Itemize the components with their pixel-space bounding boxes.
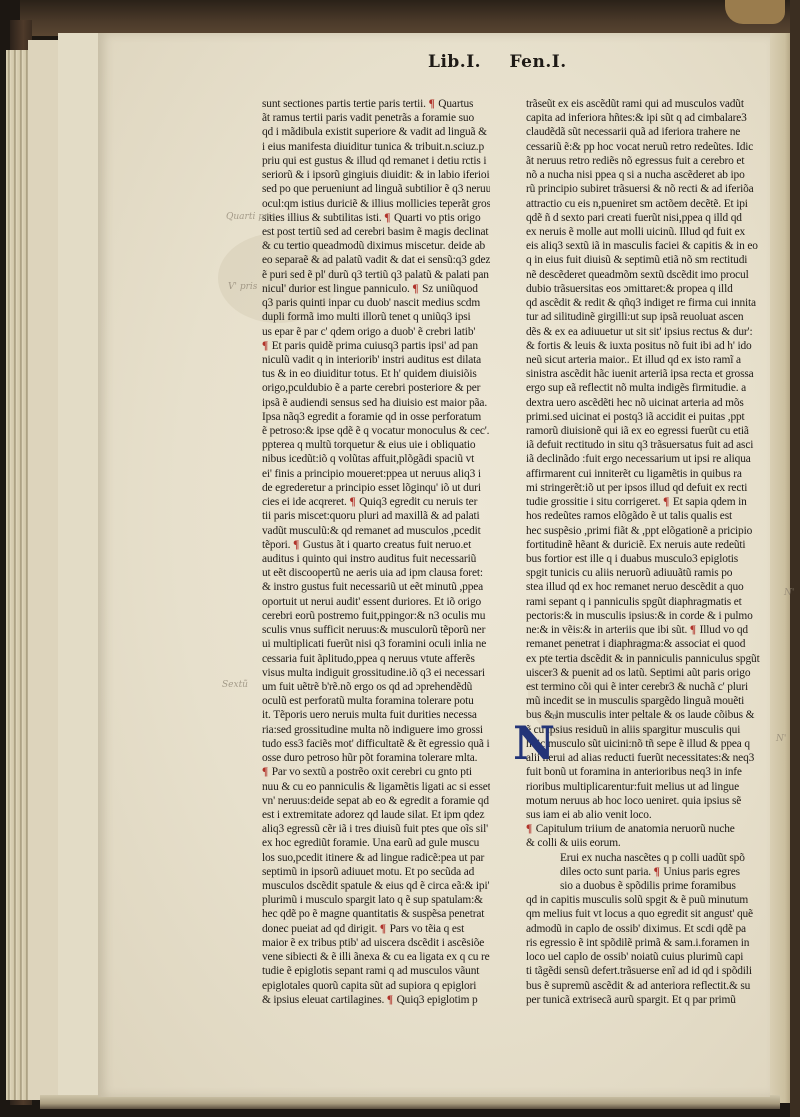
text-line: i eius manifesta diuiditur tunica & trib… bbox=[262, 140, 490, 154]
text-line: per tunicã extrisecã aurũ spargit. Et q … bbox=[526, 993, 776, 1007]
text-line: alii nerui ad alias reducti fuerũt neces… bbox=[526, 751, 776, 765]
rubric-paragraph-mark: ¶ bbox=[262, 766, 268, 778]
text-line: ei' finis a principio moueret:ppea ut ne… bbox=[262, 467, 490, 481]
text-line: sus iam ei ab alio venit loco. bbox=[526, 808, 776, 822]
text-line: qd i mãdibula existit superiore & vadit … bbox=[262, 125, 490, 139]
rubric-paragraph-mark: ¶ bbox=[690, 624, 696, 636]
text-line: seriorũ & i ipsorũ gingiuis diuidit: & i… bbox=[262, 168, 490, 182]
text-line: tur ad silitudinẽ girgilli:ut sup ipsã r… bbox=[526, 310, 776, 324]
text-line: est i extremitate adorez qd laude silat.… bbox=[262, 808, 490, 822]
text-line: & cu tertio queadmodũ diximus miscetur. … bbox=[262, 239, 490, 253]
text-line: est post tertiũ sed ad cerebri basim ẽ m… bbox=[262, 225, 490, 239]
text-line: & fortis & leuis & iuxta positus nõ fuit… bbox=[526, 339, 776, 353]
text-line: ¶ Par vo sextũ a postrẽo oxit cerebri cu… bbox=[262, 765, 490, 779]
initial-guide-letter: n bbox=[552, 712, 557, 721]
text-line: affirmarent cui inniterẽt cu ligamẽtis i… bbox=[526, 467, 776, 481]
marginal-note: N' bbox=[784, 588, 794, 598]
running-head: Lib.I. Fen.I. bbox=[428, 52, 567, 72]
text-line: tudie ẽ epiglotis sepant rami q ad muscu… bbox=[262, 964, 490, 978]
text-line: stea illud qd ex hoc remanet neruo descẽ… bbox=[526, 580, 776, 594]
running-head-fen: Fen.I. bbox=[510, 52, 567, 72]
text-line: nuu & cu eo panniculis & ligamẽtis ligat… bbox=[262, 780, 490, 794]
text-line: ut eẽt discoopertũ ne aeris uia ad ipm c… bbox=[262, 566, 490, 580]
left-text-column: sunt sectiones partis tertie paris terti… bbox=[262, 97, 490, 1007]
text-line: oportuit ut nerui audit' essent duriores… bbox=[262, 595, 490, 609]
text-line: maior ẽ ex tribus ptib' ad uiscera dscẽd… bbox=[262, 936, 490, 950]
text-line: tẽpori. ¶ Gustus ãt i quarto creatus fui… bbox=[262, 538, 490, 552]
text-line: qm melius fuit vt locus a quo egredit si… bbox=[526, 907, 776, 921]
text-line: vn' neruus:deide sepat ab eo & egredit a… bbox=[262, 794, 490, 808]
rubric-paragraph-mark: ¶ bbox=[380, 923, 386, 935]
text-line: ergo sup eã reflectit nõ multa indigẽs f… bbox=[526, 381, 776, 395]
text-line: sio a duobus ẽ spõdilis prime foramibus bbox=[526, 879, 776, 893]
text-line: cessaria fuit ãplitudo,ppea q neruus vtu… bbox=[262, 652, 490, 666]
text-line: ris egressio ẽ int spõdilẽ primã & sam.i… bbox=[526, 936, 776, 950]
text-line: sed po que perueniunt ad linguã subtilio… bbox=[262, 182, 490, 196]
marginal-note: N' bbox=[776, 734, 786, 744]
text-line: loco uel caplo de ossib' noiatũ cuius pl… bbox=[526, 950, 776, 964]
rubric-paragraph-mark: ¶ bbox=[429, 98, 435, 110]
marginal-note: Sextũ bbox=[222, 680, 248, 690]
text-line: it. Tẽporis uero neruis multa fuit durit… bbox=[262, 708, 490, 722]
text-line: bus fortior est ille q i duabus musculo3… bbox=[526, 552, 776, 566]
text-line: dubio trãsuersitas eos ɔmittaret:& prope… bbox=[526, 282, 776, 296]
text-line: capita ad inferiora hñtes:& ipi sũt q ad… bbox=[526, 111, 776, 125]
text-line: origo,pculdubio ẽ a parte cerebri poster… bbox=[262, 381, 490, 395]
text-line: tudie grossitie i situ corrigeret. ¶ Et … bbox=[526, 495, 776, 509]
text-line: cies ei ide acqreret. ¶ Quiq3 egredit cu… bbox=[262, 495, 490, 509]
leaf-margin-strip bbox=[28, 40, 60, 1100]
marginal-note: Quarti pris bbox=[226, 212, 276, 222]
text-line: ¶ Et paris quidẽ prima cuiusq3 partis ip… bbox=[262, 339, 490, 353]
text-line: los suo,pcedit itinere & ad lingue radic… bbox=[262, 851, 490, 865]
text-line: pectoris:& in musculis ipsius:& in corde… bbox=[526, 609, 776, 623]
text-line: ãt neruus retro rediẽs nõ egressus fuit … bbox=[526, 154, 776, 168]
text-line: sunt sectiones partis tertie paris terti… bbox=[262, 97, 490, 111]
text-line: donec pueiat ad qd dirigit. ¶ Pars vo tẽ… bbox=[262, 922, 490, 936]
text-line: ocul:qm istius duriciẽ & illius mollicie… bbox=[262, 197, 490, 211]
text-line: mũ incedit se in musculis spargẽdo lingu… bbox=[526, 694, 776, 708]
rubric-paragraph-mark: ¶ bbox=[412, 283, 418, 295]
text-line: & colli & uiis eorum. bbox=[526, 836, 776, 850]
text-line: nẽ descẽderet queadmõm sextũ dscẽdit imo… bbox=[526, 268, 776, 282]
text-line: Ipsa nãq3 egredit a foramie qd in osse p… bbox=[262, 410, 490, 424]
text-line: ria:sed grossitudine multa nõ indiguere … bbox=[262, 723, 490, 737]
text-line: & ipsius eleuat cartilagines. ¶ Quiq3 ep… bbox=[262, 993, 490, 1007]
text-line: ẽ puri sed ẽ pl' durũ q3 tertiũ q3 palat… bbox=[262, 268, 490, 282]
text-line: cessariũ ẽ:& pp hoc vocat neruũ retro re… bbox=[526, 140, 776, 154]
text-line: & instro gustus fuit necessariũ ut eẽt m… bbox=[262, 580, 490, 594]
text-line: sculis vnus sufficit neruus:& musculorũ … bbox=[262, 623, 490, 637]
text-line: qd in capitis musculis solũ spgit & ẽ pu… bbox=[526, 893, 776, 907]
running-head-book: Lib.I. bbox=[428, 52, 481, 72]
rubric-paragraph-mark: ¶ bbox=[293, 539, 299, 551]
text-line: vene sibiecti & ẽ illi ãnexa & cu ea lig… bbox=[262, 950, 490, 964]
text-line: rũ principio subiret trãsuersi & nõ rect… bbox=[526, 182, 776, 196]
text-line: ¶ Capitulum triium de anatomia neruorũ n… bbox=[526, 822, 776, 836]
text-line: tii paris miscet:quoru pluri ad maxillã … bbox=[262, 509, 490, 523]
text-line: motum neruus ab hoc loco ueniret. quia i… bbox=[526, 794, 776, 808]
text-line: admodũ in caplo de ossib' diximus. Et sc… bbox=[526, 922, 776, 936]
text-line: ramorũ diuisionẽ qui iã ex eo egressi fu… bbox=[526, 424, 776, 438]
text-line: cerebri eorũ postremo fuit,ppingor:& n3 … bbox=[262, 609, 490, 623]
text-line: q in eius fuit diuisũ & septimũ etiã nõ … bbox=[526, 253, 776, 267]
text-line: plurimũ i musculo spargit lato q ẽ sup s… bbox=[262, 893, 490, 907]
underlying-leaf bbox=[58, 33, 99, 1108]
text-line: diles octo sunt paria. ¶ Unius paris egr… bbox=[526, 865, 776, 879]
text-line: aliq3 egressũ cẽr iã i tres diuisũ fuit … bbox=[262, 822, 490, 836]
text-line: ti tãgẽdi sensũ defert.trãsuerse enĩ ad … bbox=[526, 964, 776, 978]
text-line: ẽ petroso:& ipse qdẽ ẽ q vocatur monocul… bbox=[262, 424, 490, 438]
text-line: eis aliq3 sextũ iã in masculis faciei & … bbox=[526, 239, 776, 253]
text-line: trãseũt ex eis ascẽdũt rami qui ad muscu… bbox=[526, 97, 776, 111]
text-line: ex hoc egrediũt foramie. Una earũ ad gul… bbox=[262, 836, 490, 850]
rubric-paragraph-mark: ¶ bbox=[387, 994, 393, 1006]
text-line: nõ a nucha nisi ppea q si a nucha ascẽde… bbox=[526, 168, 776, 182]
text-line: um fuit uẽtrẽ b'rẽ.nõ ergo os qd ad ɔpre… bbox=[262, 680, 490, 694]
text-line: tudo ess3 faciẽs mot' difficultatẽ & ẽt … bbox=[262, 737, 490, 751]
text-line: Erui ex nucha nascẽtes q p colli uadũt s… bbox=[526, 851, 776, 865]
text-line: bus ẽ supremũ ascẽdit & ad anteriora ref… bbox=[526, 979, 776, 993]
text-line: sities illius & subtilitas isti. ¶ Quart… bbox=[262, 211, 490, 225]
text-line: hos redeũtes ramos elõgãdo ẽ ut talis qu… bbox=[526, 509, 776, 523]
text-line: fuit bonũ ut foramina in anterioribus ne… bbox=[526, 765, 776, 779]
text-line: claudẽdã sũt necessarii quã ad iferiora … bbox=[526, 125, 776, 139]
text-line: bus & in musculis inter peltale & os lau… bbox=[526, 708, 776, 722]
rubric-paragraph-mark: ¶ bbox=[526, 823, 532, 835]
text-line: dextra uero ascẽdẽti hec nõ uicinat arte… bbox=[526, 396, 776, 410]
text-line: ex pte tertia dscẽdit & in panniculis pa… bbox=[526, 652, 776, 666]
text-line: est termino cõi qui ẽ inter cerebr3 & nu… bbox=[526, 680, 776, 694]
rubric-paragraph-mark: ¶ bbox=[654, 866, 660, 878]
text-line: attractio cu eis n,pueniret sm actõem de… bbox=[526, 197, 776, 211]
leaf-bottom-edges bbox=[40, 1095, 780, 1109]
text-line: huic musculo sũt uicini:nõ tñ sepe ẽ ill… bbox=[526, 737, 776, 751]
text-line: mi stringerẽt:iõ ut per ipsos illud qd d… bbox=[526, 481, 776, 495]
marginal-note: V' pris bbox=[228, 282, 257, 292]
text-line: ppterea q multũ torquetur & eius uie i o… bbox=[262, 438, 490, 452]
rubric-paragraph-mark: ¶ bbox=[663, 496, 669, 508]
text-line: ne:& in vẽis:& in arteriis que ibi sũt. … bbox=[526, 623, 776, 637]
text-line: priu qui est gustus & illud qd remanet i… bbox=[262, 154, 490, 168]
text-line: remanet penetrat i diaphragma:& associat… bbox=[526, 637, 776, 651]
text-line: ipsã ẽ audiendi sensus sed ha diuisio es… bbox=[262, 396, 490, 410]
right-dark-edge bbox=[790, 0, 800, 1117]
text-line: nicul' durior est lingue panniculo. ¶ Sz… bbox=[262, 282, 490, 296]
text-line: q3 paris quinti inpar cu duob' nascit me… bbox=[262, 296, 490, 310]
text-line: de egrederetur a principio esset lõginqu… bbox=[262, 481, 490, 495]
text-line: spgit tunicis cu aliis neruorũ adiuuãtũ … bbox=[526, 566, 776, 580]
text-line: iã declinãdo :fuit ergo necessarium ut i… bbox=[526, 452, 776, 466]
text-line: neũ sicut arteria maior.. Et illud qd ex… bbox=[526, 353, 776, 367]
text-line: us epar ẽ par c' qdem origo a duob' ẽ cr… bbox=[262, 325, 490, 339]
rubric-paragraph-mark: ¶ bbox=[262, 340, 268, 352]
text-line: auditus i quinto qui instro auditus fuit… bbox=[262, 552, 490, 566]
text-line: oculũ est perforatũ multa foramina toler… bbox=[262, 694, 490, 708]
text-line: dupli formã imo multi illorũ tenet q uni… bbox=[262, 310, 490, 324]
text-line: epiglotales quorũ capita sũt ad supiora … bbox=[262, 979, 490, 993]
text-line: qdẽ ñ d sexto pari creati fuerũt nisi,pp… bbox=[526, 211, 776, 225]
rubric-paragraph-mark: ¶ bbox=[384, 212, 390, 224]
text-line: eo separaẽ & ad palatũ vadit & dat ei se… bbox=[262, 253, 490, 267]
text-line: septimũ in ipsorũ adiuuet motu. Et po se… bbox=[262, 865, 490, 879]
text-line: niculũ vadit q in interiorib' instri aud… bbox=[262, 353, 490, 367]
text-line: rioribus multiplicarentur:fuit melius ut… bbox=[526, 780, 776, 794]
frayed-binding-top-right bbox=[725, 0, 785, 24]
text-line: rami sepant q i panniculis spgũt diaphra… bbox=[526, 595, 776, 609]
text-line: iã defuit rectitudo in situ q3 trãsuersa… bbox=[526, 438, 776, 452]
text-line: nibus icedũt:iõ q volũtas affuit,plõgãdi… bbox=[262, 452, 490, 466]
text-line: ui multiplicati fuerũt nisi q3 foramini … bbox=[262, 637, 490, 651]
right-text-column: trãseũt ex eis ascẽdũt rami qui ad muscu… bbox=[526, 97, 776, 1007]
rubric-paragraph-mark: ¶ bbox=[349, 496, 355, 508]
text-line: fortitudinẽ hẽant & duriciẽ. Ex neruis a… bbox=[526, 538, 776, 552]
text-line: osse duro petroso hũr põt foramina toler… bbox=[262, 751, 490, 765]
text-line: qd ascẽdit & redit & qñq3 indiget re fir… bbox=[526, 296, 776, 310]
text-line: visus multa indiguit grossitudine.iõ q3 … bbox=[262, 666, 490, 680]
text-line: hec qdẽ po ẽ magne quantitatis & suspẽsa… bbox=[262, 907, 490, 921]
book-binding-top bbox=[20, 0, 800, 36]
text-line: vadũt musculũ:& qd remanet ad musculos ,… bbox=[262, 524, 490, 538]
text-line: hec suspẽsio ,primi fiãt & ,ppt elõgatio… bbox=[526, 524, 776, 538]
text-line: primi.sed uicinat ei postq3 iã accidit e… bbox=[526, 410, 776, 424]
text-line: uiscer3 & puenit ad os latũ. Septimi aũt… bbox=[526, 666, 776, 680]
decorated-initial-n: N bbox=[512, 718, 556, 768]
text-line: sinistra ascẽdit hãc iuenit arteriã ipsa… bbox=[526, 367, 776, 381]
text-line: musculos dscẽdit spatule & eius qd ẽ cir… bbox=[262, 879, 490, 893]
text-line: ãt ramus tertii paris vadit penetrãs a f… bbox=[262, 111, 490, 125]
text-line: ẽ cu ipsius residuũ in aliis spargitur m… bbox=[526, 723, 776, 737]
text-line: dẽs & ex ea adiuuetur ut sit sit' ipsius… bbox=[526, 325, 776, 339]
text-line: ex neruis ẽ molle aut molli uicinũ. Illu… bbox=[526, 225, 776, 239]
text-line: tus & in eo diuiditur totus. Et h' quide… bbox=[262, 367, 490, 381]
